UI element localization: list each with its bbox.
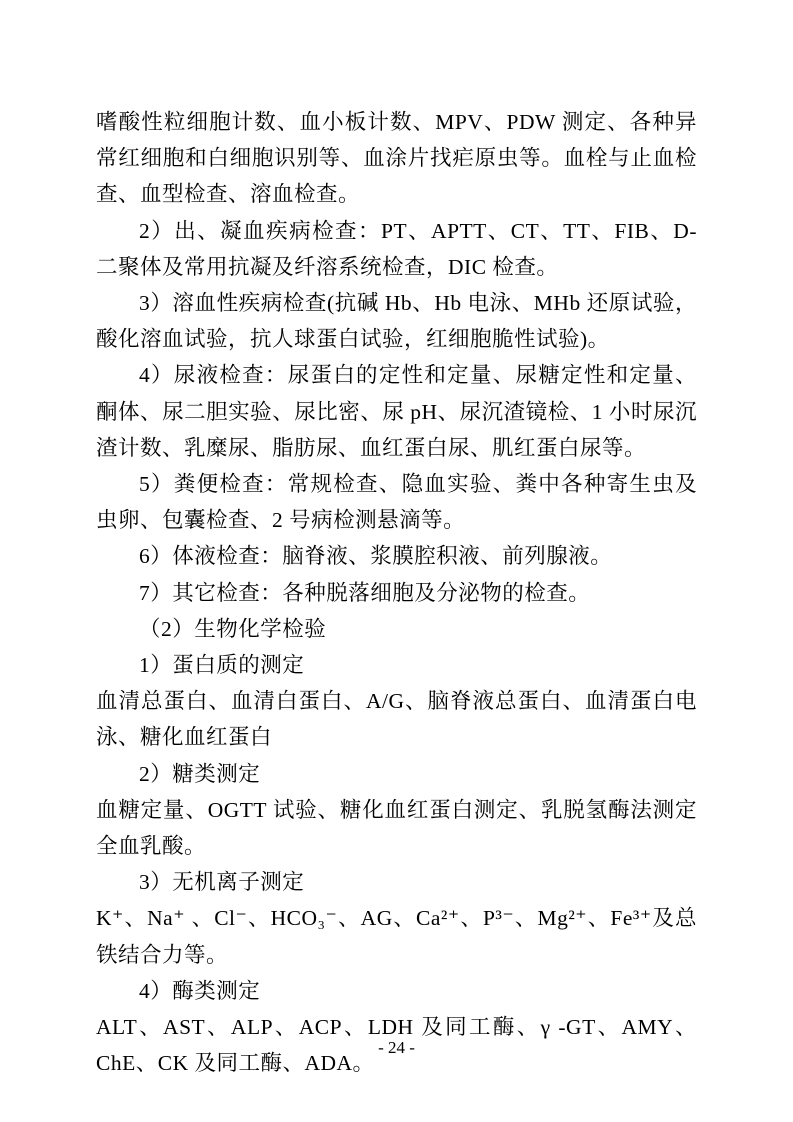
document-body: 嗜酸性粒细胞计数、血小板计数、MPV、PDW 测定、各种异常红细胞和白细胞识别等… <box>96 104 697 1081</box>
paragraph: 血糖定量、OGTT 试验、糖化血红蛋白测定、乳脱氢酶法测定全血乳酸。 <box>96 792 697 864</box>
paragraph: 3）无机离子测定 <box>96 864 697 900</box>
paragraph: K⁺、Na⁺ 、Cl⁻、HCO₃⁻、AG、Ca²⁺、P³⁻、Mg²⁺、Fe³⁺及… <box>96 900 697 972</box>
paragraph: 2）糖类测定 <box>96 756 697 792</box>
page-number: - 24 - <box>0 1036 793 1060</box>
paragraph: 3）溶血性疾病检查(抗碱 Hb、Hb 电泳、MHb 还原试验，酸化溶血试验，抗人… <box>96 285 697 357</box>
paragraph: （2）生物化学检验 <box>96 611 697 647</box>
paragraph: 5）粪便检查：常规检查、隐血实验、粪中各种寄生虫及虫卵、包囊检查、2 号病检测悬… <box>96 466 697 538</box>
paragraph: 嗜酸性粒细胞计数、血小板计数、MPV、PDW 测定、各种异常红细胞和白细胞识别等… <box>96 104 697 213</box>
paragraph: 1）蛋白质的测定 <box>96 647 697 683</box>
paragraph: 4）酶类测定 <box>96 973 697 1009</box>
paragraph: 6）体液检查：脑脊液、浆膜腔积液、前列腺液。 <box>96 538 697 574</box>
paragraph: 血清总蛋白、血清白蛋白、A/G、脑脊液总蛋白、血清蛋白电泳、糖化血红蛋白 <box>96 683 697 755</box>
paragraph: 7）其它检查：各种脱落细胞及分泌物的检查。 <box>96 575 697 611</box>
paragraph: 2）出、凝血疾病检查：PT、APTT、CT、TT、FIB、D-二聚体及常用抗凝及… <box>96 213 697 285</box>
paragraph: 4）尿液检查：尿蛋白的定性和定量、尿糖定性和定量、酮体、尿二胆实验、尿比密、尿 … <box>96 357 697 466</box>
document-page: 嗜酸性粒细胞计数、血小板计数、MPV、PDW 测定、各种异常红细胞和白细胞识别等… <box>0 0 793 1122</box>
